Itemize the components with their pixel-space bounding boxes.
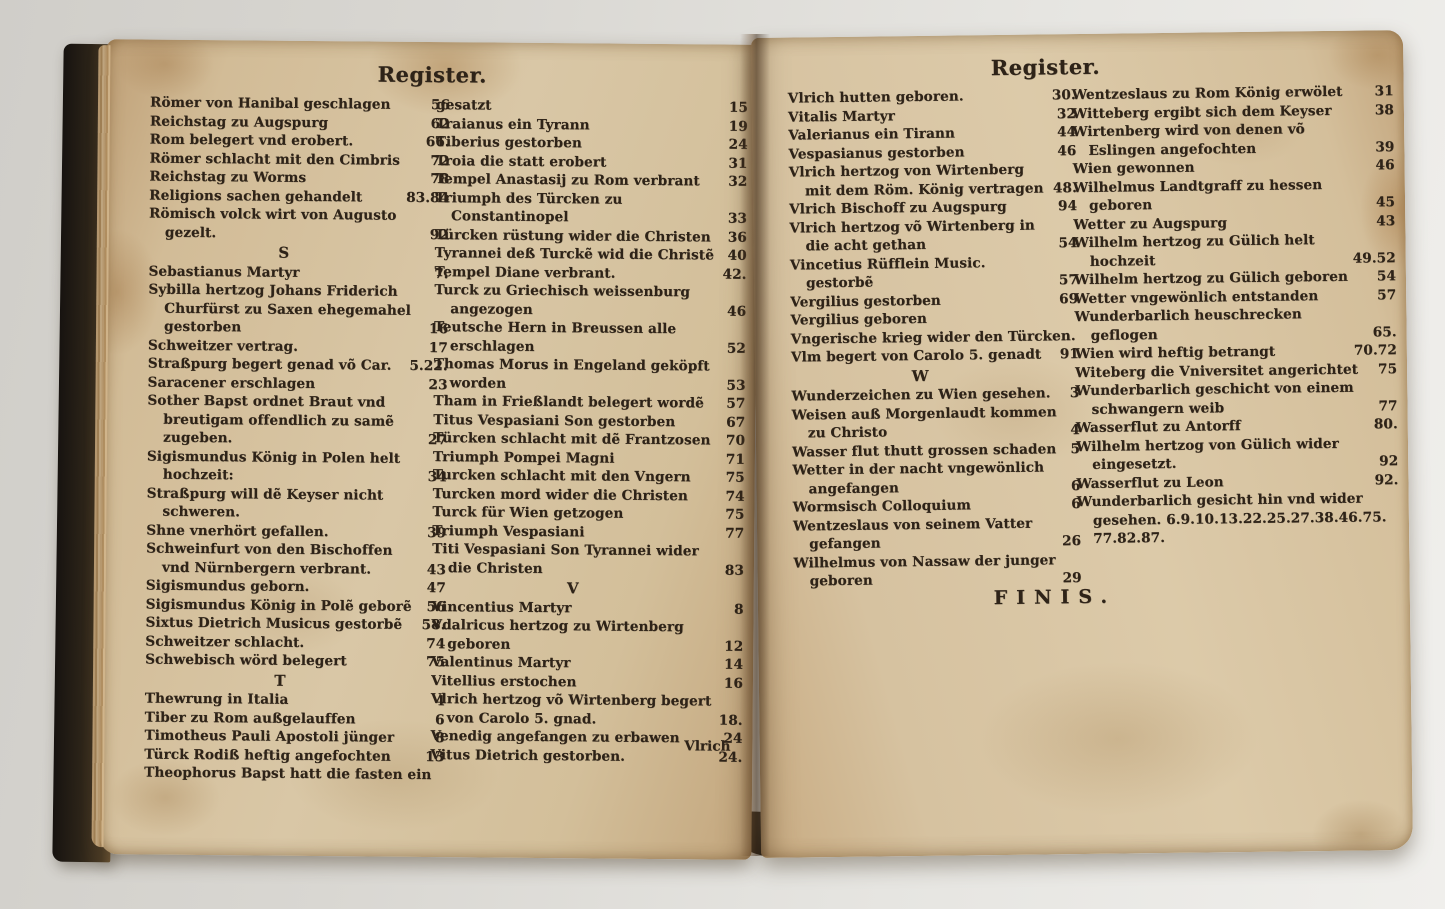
entry-text: Weisen auß Morgenlaudt kommen zu Christo (792, 403, 1065, 443)
entry-text: Wunderbarlich gesicht hin vnd wider gese… (1077, 489, 1400, 548)
entry-text: Sigismundus König in Polen helt hochzeit… (147, 447, 422, 486)
index-entry: Sother Bapst ordnet Braut vnd breutigam … (147, 392, 447, 450)
index-entry: Wilhelm hertzog zu Gülich helt hochzeit4… (1073, 230, 1395, 271)
catchword: Vlrich (430, 736, 730, 755)
entry-text: Tempel Anastasij zu Rom verbrant (435, 170, 722, 191)
entry-page-number: 83 (725, 561, 744, 580)
entry-page-number: 18. (719, 711, 743, 730)
entry-text: Vlrich hertzog von Wirtenberg mit dem Rö… (789, 160, 1047, 200)
entry-text: Teutsche Hern in Breussen alle erschlage… (434, 318, 721, 358)
index-entry: Wunderbarlich heuschrecken geflogen65. (1074, 304, 1396, 345)
index-entry: Wunderbarlich geschicht von einem schwan… (1075, 378, 1397, 419)
left-page-header: Register. (106, 59, 758, 90)
entry-text: Triumph Vespasiani (432, 522, 719, 543)
section-letter: T (145, 669, 445, 692)
entry-page-number: 52 (727, 339, 746, 358)
entry-page-number: 8 (734, 600, 744, 619)
entry-text: Schweinfurt von den Bischoffen vnd Nürnb… (146, 540, 421, 579)
index-entry: Thomas Morus in Engeland geköpft worden5… (434, 355, 746, 395)
left-page: Register. Römer von Hanibal geschlagen56… (99, 39, 758, 860)
index-entry: Vlrich hertzog võ Wirtenberg begert von … (431, 690, 743, 730)
entry-text: Theophorus Bapst hatt die fasten ein (144, 764, 444, 785)
entry-text: Vlm begert von Carolo 5. genadt (791, 345, 1054, 367)
index-entry: Schwebisch wörd belegert75 (145, 651, 445, 672)
entry-page-number: 16 (724, 674, 743, 693)
entry-text: Sother Bapst ordnet Braut vnd breutigam … (147, 392, 422, 450)
entry-text: Sigismundus geborn. (146, 577, 421, 598)
entry-page-number: 75 (726, 469, 745, 488)
entry-page-number: 57 (1377, 286, 1396, 305)
index-entry: Wunderbarlich gesicht hin vnd wider gese… (1077, 489, 1400, 548)
index-entry: Turck zu Griechisch weissenburg angezoge… (434, 281, 746, 321)
entry-page-number: 71 (726, 450, 745, 469)
entry-page-number: 46 (1375, 156, 1394, 175)
entry-text: Türck Rodiß heftig angefochten (144, 745, 419, 766)
entry-text: Römisch volck wirt von Augusto gezelt. (149, 205, 424, 244)
entry-text: Triumph des Türcken zu Constantinopel (435, 189, 722, 229)
index-entry: Straßpurg will dẽ Keyser nicht schweren. (146, 484, 446, 524)
entry-page-number: 80. (1374, 415, 1398, 434)
finis-text: FINIS. (895, 584, 1215, 610)
entry-page-number: 42. (723, 265, 747, 284)
entry-text: Tiber zu Rom außgelauffen (145, 708, 430, 729)
entry-text: Türcken rüstung wider die Christen (435, 226, 722, 247)
index-entry: Wetter zu Augspurg43 (1073, 212, 1395, 234)
entry-text: Wilhelmus von Nassaw der junger geboren (793, 551, 1056, 591)
entry-text: Römer schlacht mit den Cimbris (149, 149, 424, 170)
entry-text: Tiberius gestorben (436, 133, 723, 154)
right-page-header: Register. (719, 50, 1371, 83)
index-entry: Theophorus Bapst hatt die fasten ein (144, 764, 444, 785)
right-page-column-1: Vlrich hutten geboren.30.Vitalis Martyr3… (788, 86, 1082, 591)
entry-text: Schweitzer vertrag. (148, 336, 423, 357)
index-entry: Schweinfurt von den Bischoffen vnd Nürnb… (146, 540, 446, 580)
entry-text: Turcken mord wider die Christen (433, 485, 720, 506)
entry-page-number: 92 (1379, 452, 1398, 471)
entry-text: Vitellius erstochen (431, 672, 718, 693)
right-page-column-2: Wentzeslaus zu Rom König erwölet31Witteb… (1072, 82, 1400, 548)
entry-text: Traianus ein Tyrann (436, 115, 723, 136)
entry-text: Tempel Diane verbrant. (434, 263, 716, 284)
section-letter: V (432, 577, 744, 600)
entry-page-number: 24 (728, 136, 747, 155)
entry-page-number: 54 (1377, 267, 1396, 286)
entry-text: Schweitzer schlacht. (145, 632, 420, 653)
section-letter: S (149, 242, 449, 265)
index-entry: Sigismundus König in Polen helt hochzeit… (147, 447, 447, 487)
entry-text: Wunderbarlich geschicht von einem schwan… (1075, 378, 1372, 419)
entry-text: Vdalricus hertzog zu Wirtenberg geboren (431, 616, 718, 656)
entry-page-number: 75 (725, 506, 744, 525)
entry-page-number: 49.52 (1353, 249, 1396, 268)
entry-page-number: 74 (725, 487, 744, 506)
index-entry: Vincetius Rüfflein Music. gestorbẽ57 (790, 253, 1078, 294)
entry-page-number: 33 (728, 210, 747, 229)
index-entry: Wetter in der nacht vngewönlich angefang… (792, 458, 1080, 499)
entry-text: Wentzeslaus von seinem Vatter gefangen (793, 514, 1056, 554)
entry-page-number: 46 (727, 302, 746, 321)
entry-text: Titi Vespasiani Son Tyrannei wider die C… (432, 540, 719, 580)
entry-text: Titus Vespasiani Son gestorben (433, 411, 720, 432)
entry-text: Turck zu Griechisch weissenburg angezoge… (434, 281, 721, 321)
entry-text: Wilhelm hertzog zu Gülich helt hochzeit (1073, 231, 1346, 271)
entry-page-number: 39 (1375, 138, 1394, 157)
entry-page-number: 77 (1378, 397, 1397, 416)
index-entry: Vlm begert von Carolo 5. genadt91 (791, 345, 1079, 367)
entry-page-number: 36 (728, 228, 747, 247)
entry-page-number: 15 (729, 99, 748, 118)
left-page-column-1: Römer von Hanibal geschlagen56Reichstag … (144, 94, 450, 785)
entry-text: Vlrich hertzog võ Wirtenberg in die acht… (789, 216, 1052, 256)
index-entry: Wirtenberg wird von denen võ Eslingen an… (1072, 119, 1394, 160)
entry-page-number: 19 (729, 117, 748, 136)
entry-page-number: 70 (726, 432, 745, 451)
entry-text: Triumph Pompei Magni (433, 448, 720, 469)
entry-text: Shne vnerhört gefallen. (146, 521, 421, 542)
index-entry: Wilhelmus Landtgraff zu hessen geboren45 (1073, 175, 1395, 216)
entry-text: Vincetius Rüfflein Music. gestorbẽ (790, 253, 1053, 293)
entry-text: Schwebisch wörd belegert (145, 651, 420, 672)
index-entry: Wilhelmus von Nassaw der junger geboren2… (793, 551, 1081, 592)
entry-page-number: 75 (1378, 360, 1397, 379)
entry-text: Straßpurg will dẽ Keyser nicht schweren. (146, 484, 446, 524)
entry-text: Reichstag zu Worms (149, 168, 424, 189)
entry-text: gesatzt (436, 96, 723, 117)
entry-text: Sigismundus König in Polẽ geborẽ (146, 595, 421, 616)
index-entry: Vlrich hertzog võ Wirtenberg in die acht… (789, 216, 1077, 257)
entry-page-number: 45 (1376, 193, 1395, 212)
entry-page-number: 14 (724, 656, 743, 675)
entry-text: Wilhelmus Landtgraff zu hessen geboren (1073, 175, 1370, 216)
entry-page-number: 31 (728, 154, 747, 173)
entry-page-number: 31 (1374, 82, 1393, 101)
entry-text: Thewrung in Italia (145, 690, 430, 711)
entry-page-number: 32 (728, 173, 747, 192)
entry-text: Troia die statt erobert (435, 152, 722, 173)
entry-text: Wilhelm hertzog von Gülich wider eingese… (1076, 434, 1373, 475)
entry-page-number: 70.72 (1354, 341, 1397, 360)
entry-text: Turck für Wien getzogen (432, 503, 719, 524)
index-entry: Teutsche Hern in Breussen alle erschlage… (434, 318, 746, 358)
entry-text: Valentinus Martyr (431, 653, 718, 674)
entry-text: Wirtenberg wird von denen võ Eslingen an… (1072, 119, 1369, 160)
entry-page-number: 38 (1375, 101, 1394, 120)
left-page-column-2: gesatzt15Traianus ein Tyrann19Tiberius g… (430, 96, 748, 767)
photo-background: Register. Römer von Hanibal geschlagen56… (0, 0, 1445, 909)
entry-text: Sybilla hertzog Johans Friderich Churfür… (148, 281, 423, 339)
index-entry: Vlrich hertzog von Wirtenberg mit dem Rö… (789, 160, 1077, 201)
entry-text: Rom belegert vnd erobert. (150, 131, 420, 152)
entry-text: Tham in Frießlandt belegert wordẽ (433, 392, 720, 413)
entry-page-number: 65. (1373, 323, 1397, 342)
entry-text: Timotheus Pauli Apostoli jünger (144, 727, 429, 748)
entry-text: Sebastianus Martyr (148, 262, 428, 283)
entry-text: Wunderbarlich heuschrecken geflogen (1074, 305, 1366, 346)
entry-page-number: 92. (1374, 471, 1398, 490)
entry-text: Wetter in der nacht vngewönlich angefang… (792, 458, 1065, 498)
index-entry: Weisen auß Morgenlaudt kommen zu Christo… (792, 403, 1080, 444)
entry-text: Thomas Morus in Engeland geköpft worden (434, 355, 721, 395)
entry-page-number: 53 (726, 376, 745, 395)
entry-page-number: 40 (727, 247, 746, 266)
index-entry: Römisch volck wirt von Augusto gezelt.92 (149, 205, 449, 245)
index-entry: Titi Vespasiani Son Tyrannei wider die C… (432, 540, 744, 580)
entry-page-number: 67 (726, 413, 745, 432)
entry-text: Religions sachen gehandelt (149, 186, 400, 207)
entry-text: Türcken schlacht mit dẽ Frantzosen (433, 429, 720, 450)
index-entry: Vdalricus hertzog zu Wirtenberg geboren1… (431, 616, 743, 656)
entry-text: Straßpurg begert genad võ Car. (148, 355, 404, 376)
entry-text: Reichstag zu Augspurg (150, 112, 425, 133)
entry-page-number: 29 (1062, 569, 1081, 588)
entry-text: Tyrannei deß Turckẽ wid die Christẽ (435, 244, 722, 265)
entry-text: Saracener erschlagen (147, 373, 422, 394)
entry-page-number: 57 (726, 395, 745, 414)
entry-text: Sixtus Dietrich Musicus gestorbẽ (145, 614, 415, 635)
entry-page-number: 43 (1376, 212, 1395, 231)
entry-page-number: 12 (724, 637, 743, 656)
entry-text: Vlrich hertzog võ Wirtenberg begert von … (431, 690, 713, 729)
entry-page-number: 77 (725, 524, 744, 543)
entry-text: Turcken schlacht mit den Vngern (433, 466, 720, 487)
entry-text: Römer von Hanibal geschlagen (150, 94, 425, 115)
index-entry: Triumph des Türcken zu Constantinopel33 (435, 189, 747, 229)
index-entry: Sybilla hertzog Johans Friderich Churfür… (148, 281, 448, 339)
index-entry: Wilhelm hertzog von Gülich wider eingese… (1076, 434, 1398, 475)
right-page: Register. Vlrich hutten geboren.30.Vital… (751, 30, 1413, 858)
index-entry: Wentzeslaus von seinem Vatter gefangen26 (793, 514, 1081, 555)
